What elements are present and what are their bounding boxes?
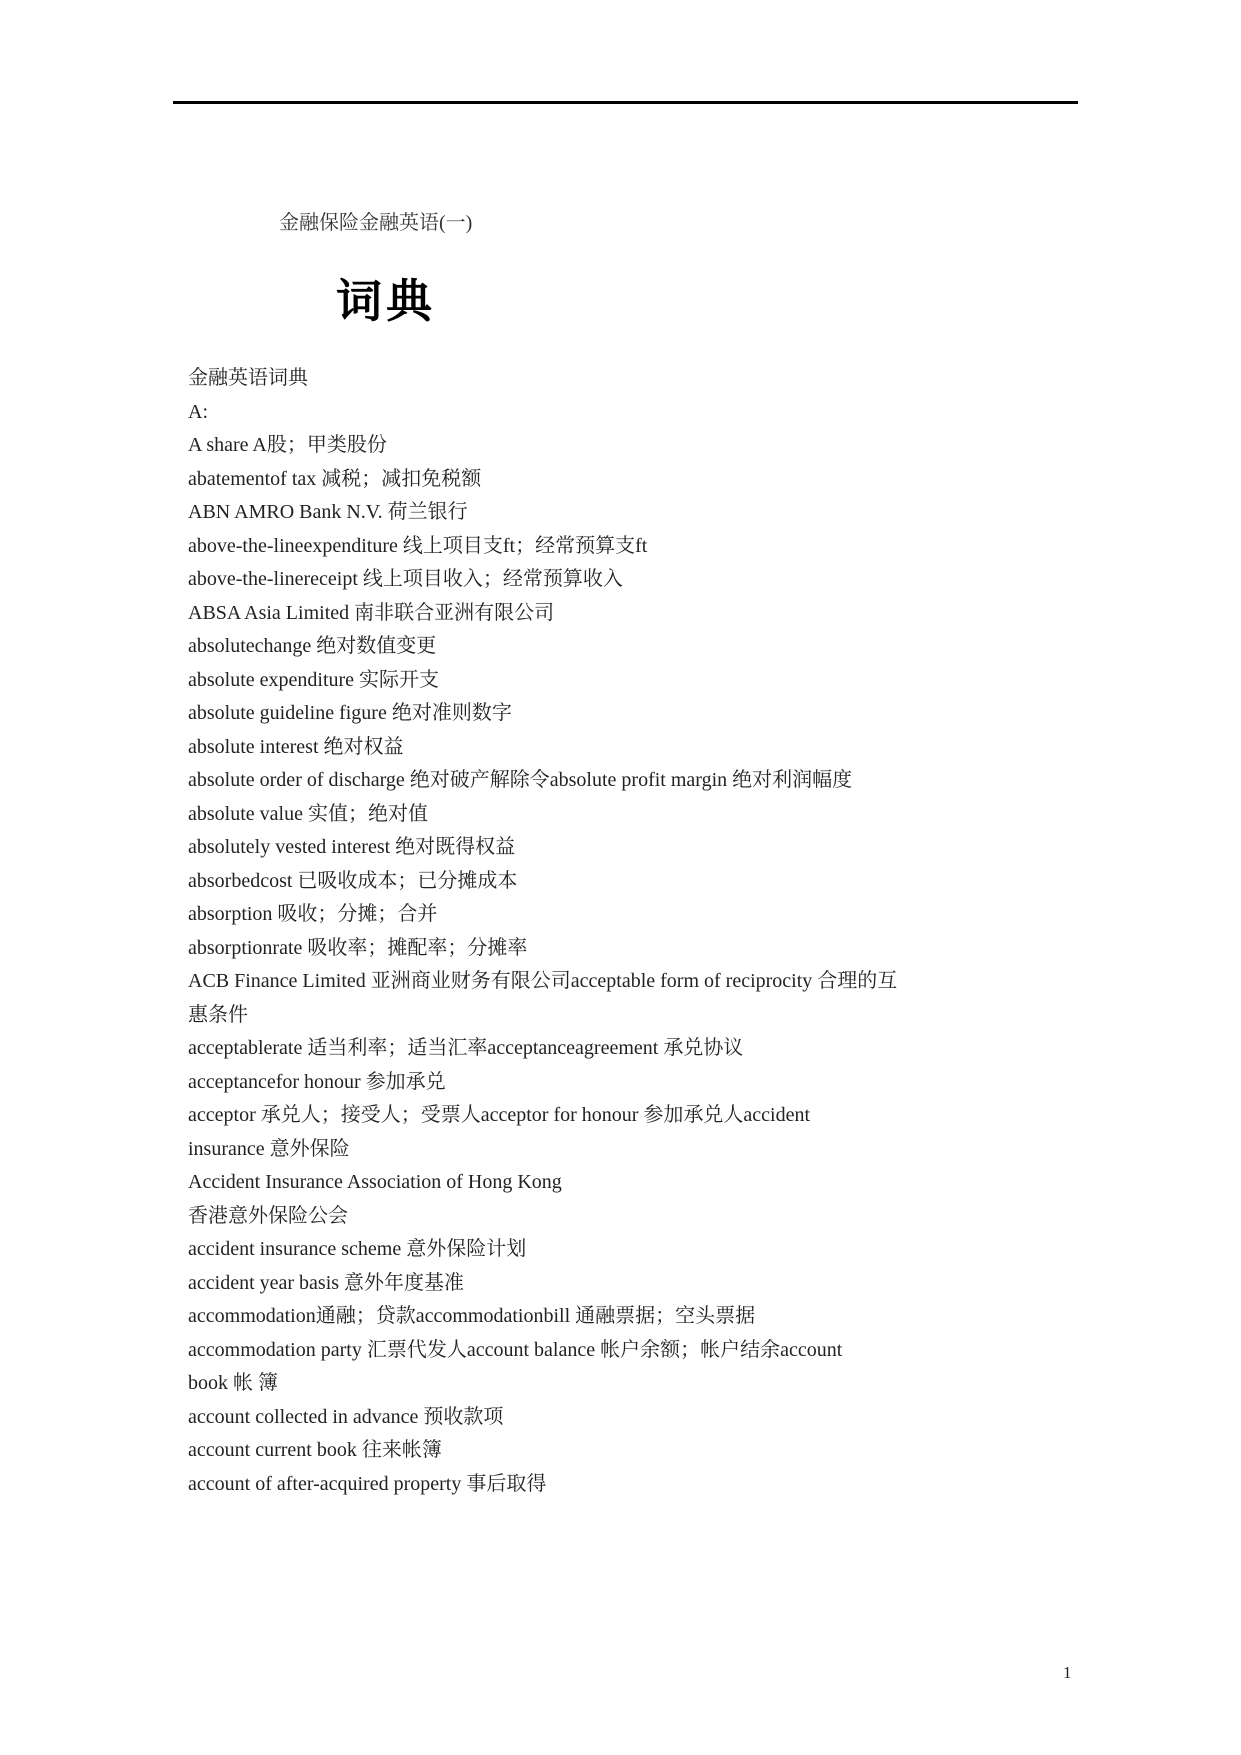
page-number: 1 xyxy=(1063,1663,1072,1683)
entry-line: absolute order of discharge 绝对破产解除令absol… xyxy=(188,764,1068,798)
entry-line: A share A股；甲类股份 xyxy=(188,429,1068,463)
entry-line: ABSA Asia Limited 南非联合亚洲有限公司 xyxy=(188,597,1068,631)
document-subtitle: 金融保险金融英语(一) xyxy=(279,206,472,235)
entry-line: accident year basis 意外年度基准 xyxy=(188,1267,1068,1301)
entry-line: Accident Insurance Association of Hong K… xyxy=(188,1166,1068,1200)
entry-line: account current book 往来帐簿 xyxy=(188,1434,1068,1468)
header-rule xyxy=(173,101,1078,104)
entry-line: ACB Finance Limited 亚洲商业财务有限公司acceptable… xyxy=(188,965,1068,999)
entry-line-continuation: book 帐 簿 xyxy=(188,1367,1068,1401)
entry-line: account of after-acquired property 事后取得 xyxy=(188,1468,1068,1502)
entry-line: accommodation通融；贷款accommodationbill 通融票据… xyxy=(188,1300,1068,1334)
entry-line: acceptor 承兑人；接受人；受票人acceptor for honour … xyxy=(188,1099,1068,1133)
entry-line: account collected in advance 预收款项 xyxy=(188,1401,1068,1435)
entry-line: absolutechange 绝对数值变更 xyxy=(188,630,1068,664)
entry-line: absolute value 实值；绝对值 xyxy=(188,798,1068,832)
entry-line: above-the-linereceipt 线上项目收入；经常预算收入 xyxy=(188,563,1068,597)
entry-line-continuation: 香港意外保险公会 xyxy=(188,1200,1068,1234)
entry-line: ABN AMRO Bank N.V. 荷兰银行 xyxy=(188,496,1068,530)
document-title: 词典 xyxy=(336,265,436,331)
entry-line-continuation: 惠条件 xyxy=(188,999,1068,1033)
entry-line: accident insurance scheme 意外保险计划 xyxy=(188,1233,1068,1267)
entry-line: absorption 吸收；分摊；合并 xyxy=(188,898,1068,932)
entry-line: absolute guideline figure 绝对准则数字 xyxy=(188,697,1068,731)
entry-line: acceptablerate 适当利率；适当汇率acceptanceagreem… xyxy=(188,1032,1068,1066)
entry-line-continuation: insurance 意外保险 xyxy=(188,1133,1068,1167)
entry-line: accommodation party 汇票代发人account balance… xyxy=(188,1334,1068,1368)
entry-line: above-the-lineexpenditure 线上项目支ft；经常预算支f… xyxy=(188,530,1068,564)
entry-line: absolutely vested interest 绝对既得权益 xyxy=(188,831,1068,865)
entry-line: absorbedcost 已吸收成本；已分摊成本 xyxy=(188,865,1068,899)
entry-line: absolute interest 绝对权益 xyxy=(188,731,1068,765)
section-heading: 金融英语词典 xyxy=(188,362,1068,396)
entry-line: acceptancefor honour 参加承兑 xyxy=(188,1066,1068,1100)
dictionary-body: 金融英语词典 A: A share A股；甲类股份 abatementof ta… xyxy=(188,362,1068,1501)
entry-line: abatementof tax 减税；减扣免税额 xyxy=(188,463,1068,497)
entry-line: absolute expenditure 实际开支 xyxy=(188,664,1068,698)
letter-heading: A: xyxy=(188,396,1068,430)
entry-line: absorptionrate 吸收率；摊配率；分摊率 xyxy=(188,932,1068,966)
